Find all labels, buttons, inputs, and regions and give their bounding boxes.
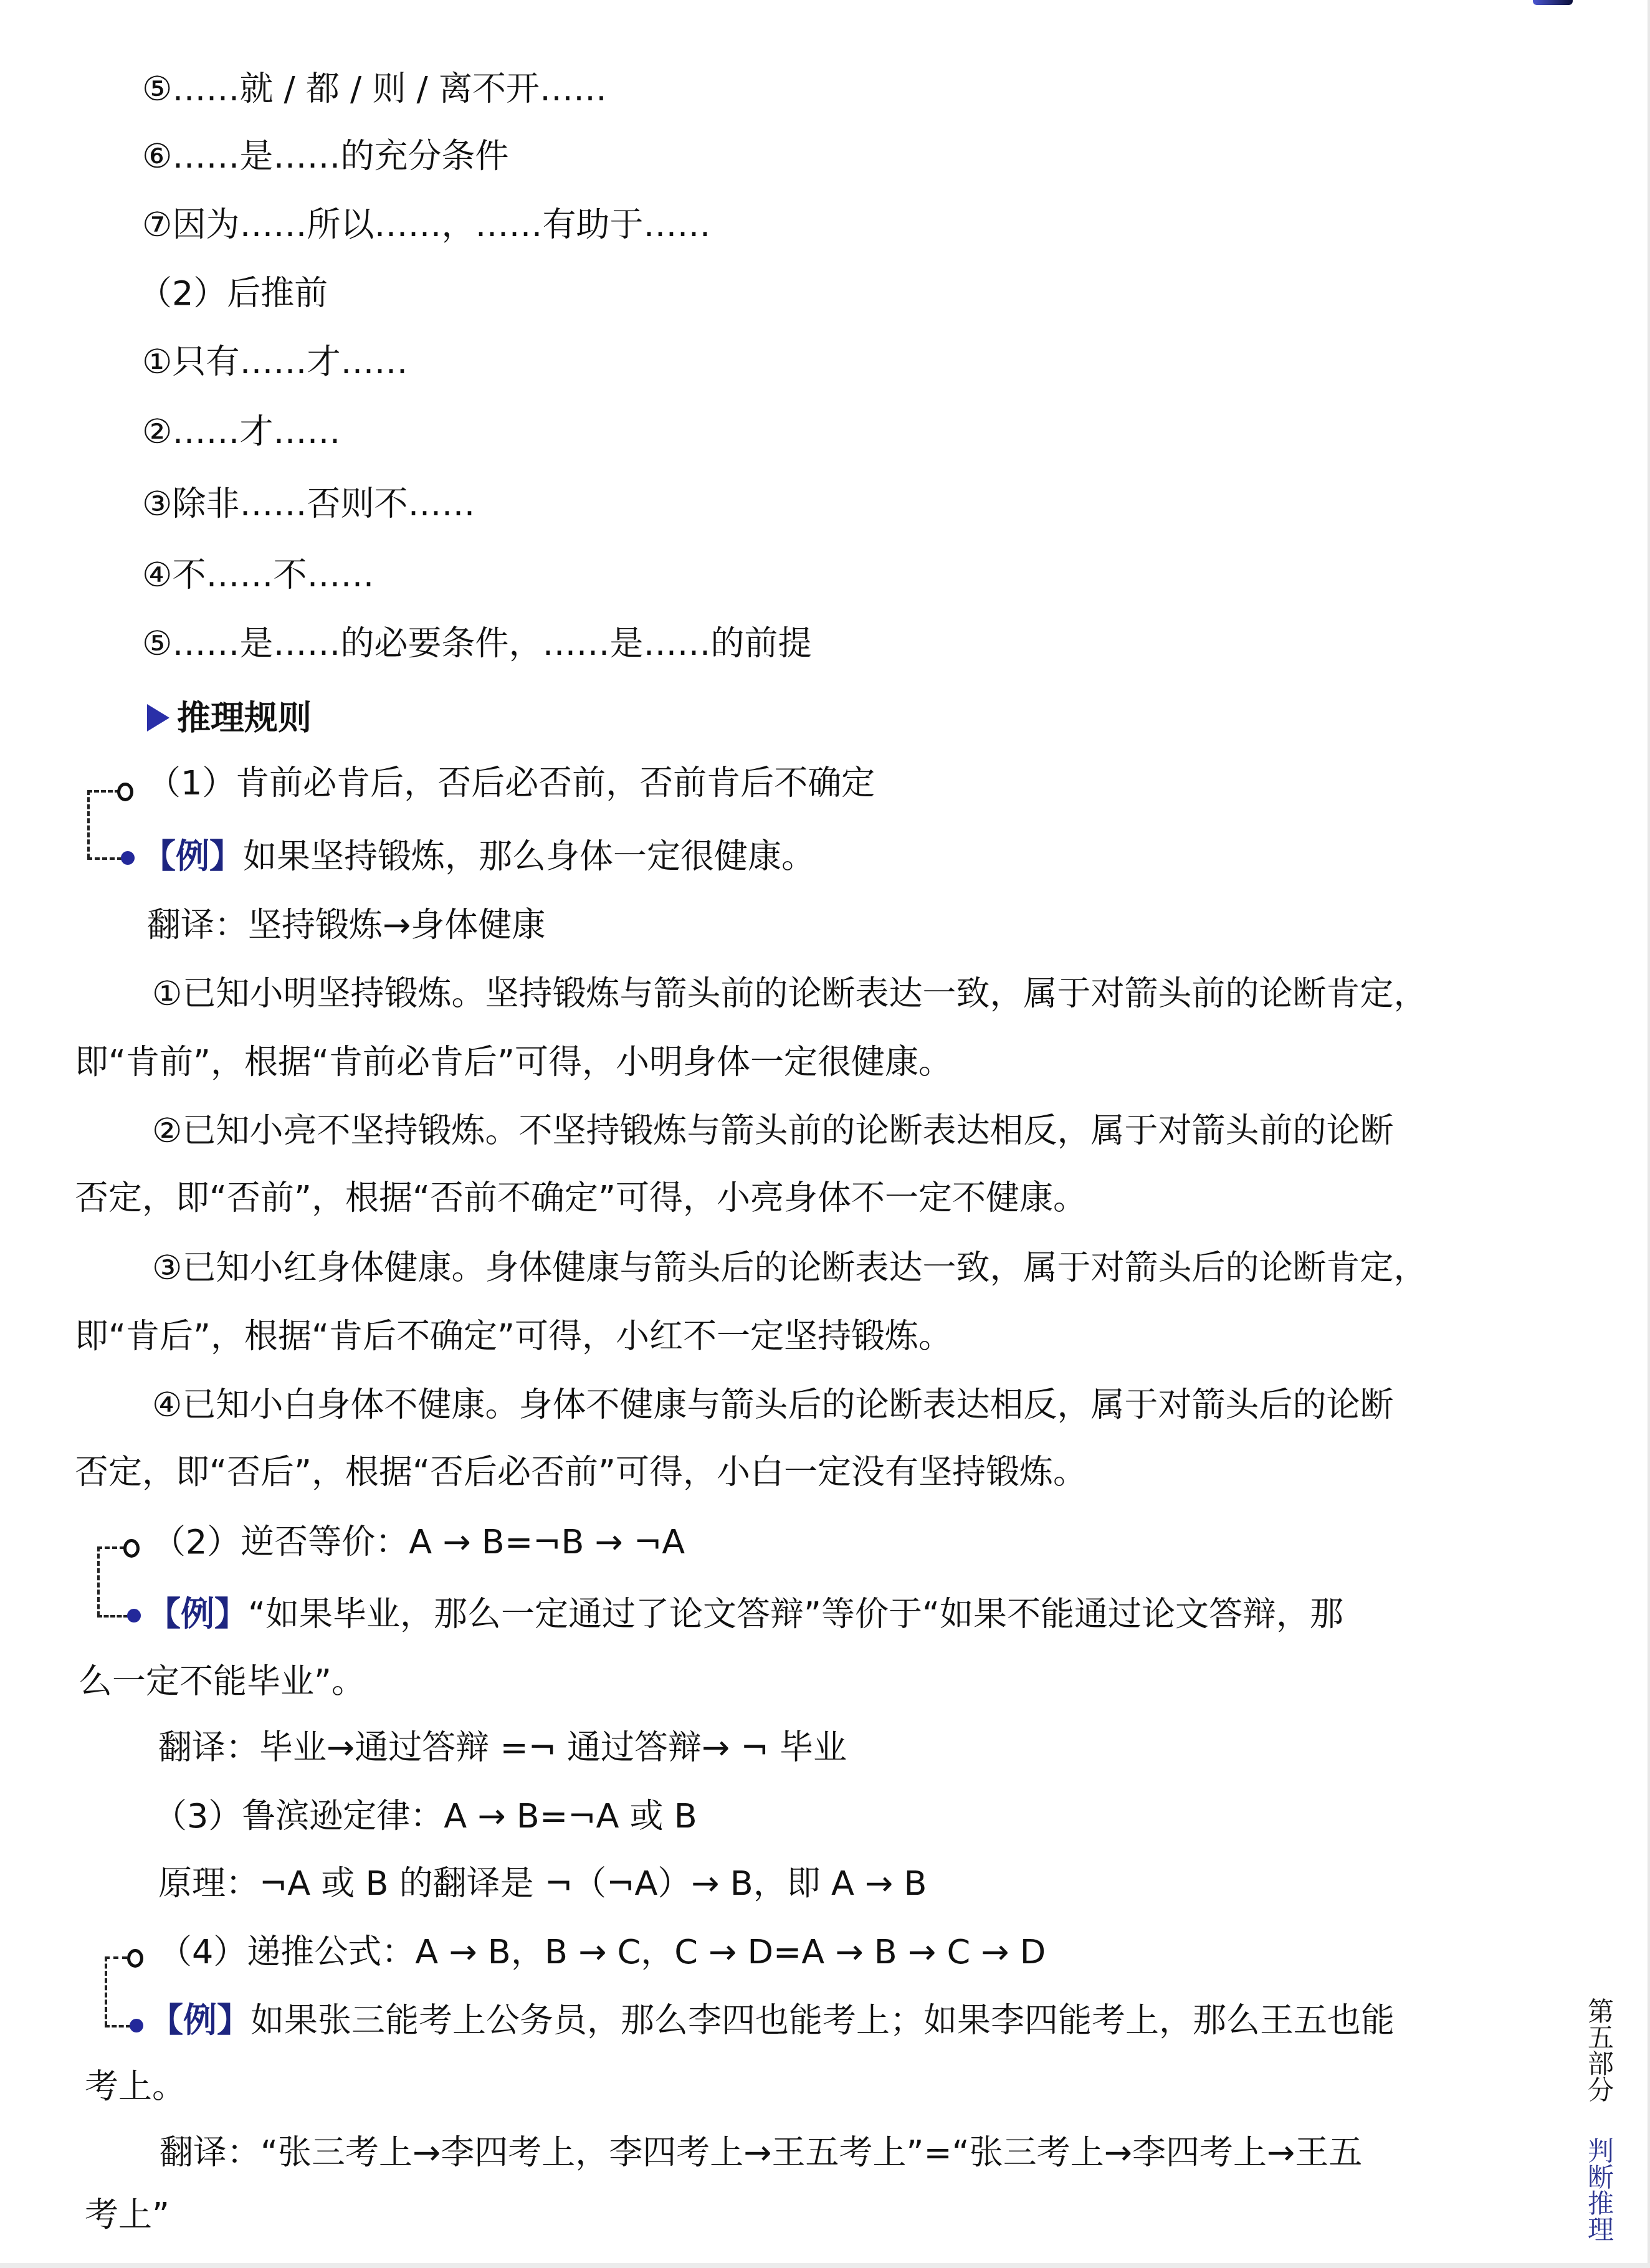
rule2-example-line2: 么一定不能毕业”。 (79, 1660, 365, 1703)
example-tag: 【例】 (142, 837, 243, 876)
connector-bottom-dashed (97, 1615, 128, 1618)
section-heading-inference-rules: 推理规则 (147, 697, 312, 740)
filled-dot-icon (121, 851, 135, 865)
rule4-translation-line1: 翻译：“张三考上→李四考上，李四考上→王五考上”=“张三考上→李四考上→王五 (160, 2131, 1362, 2175)
rule4-example-line2: 考上。 (85, 2065, 186, 2108)
page-right-edge (1648, 0, 1650, 2268)
section-heading-text: 推理规则 (177, 698, 312, 738)
side-tab-part: 第五部分 (1580, 1998, 1618, 2102)
side-tab-part-text: 第五部分 (1584, 1998, 1614, 2102)
rule4-translation-line2: 考上” (85, 2193, 169, 2237)
open-circle-icon (123, 1539, 140, 1558)
back-to-front-item-1: ①只有……才…… (142, 340, 408, 384)
rule1-example: 【例】如果坚持锻炼，那么身体一定很健康。 (142, 835, 815, 879)
rule3-principle: 原理：¬A 或 B 的翻译是 ¬（¬A）→ B，即 A → B (158, 1862, 927, 1905)
rule1-case2-line2: 否定，即“否前”，根据“否前不确定”可得，小亮身体不一定不健康。 (75, 1176, 1087, 1220)
rule1-case3-line2: 即“肯后”，根据“肯后不确定”可得，小红不一定坚持锻炼。 (75, 1315, 952, 1358)
front-to-back-item-5: ⑤……就 / 都 / 则 / 离不开…… (142, 67, 607, 111)
page-corner-tab-decoration (1533, 0, 1573, 5)
rule2-translation: 翻译：毕业→通过答辩 =¬ 通过答辩→ ¬ 毕业 (158, 1726, 847, 1770)
connector-top-dashed (87, 790, 120, 793)
back-to-front-item-5: ⑤……是……的必要条件，……是……的前提 (142, 622, 811, 665)
front-to-back-item-6: ⑥……是……的充分条件 (142, 135, 508, 178)
example-tag: 【例】 (150, 2001, 250, 2040)
filled-dot-icon (127, 1609, 141, 1622)
example-text: 如果坚持锻炼，那么身体一定很健康。 (243, 837, 815, 876)
rule4-example-line1: 【例】如果张三能考上公务员，那么李四也能考上；如果李四能考上，那么王五也能 (150, 1999, 1395, 2042)
back-to-front-item-3: ③除非……否则不…… (142, 482, 475, 526)
rule2-title: （2）逆否等价：A → B=¬B → ¬A (152, 1520, 685, 1564)
triangle-bullet-icon (147, 704, 169, 731)
rule1-case4-line2: 否定，即“否后”，根据“否后必否前”可得，小白一定没有坚持锻炼。 (75, 1451, 1087, 1494)
filled-dot-icon (130, 2019, 143, 2032)
connector-top-dashed (97, 1546, 125, 1549)
rule1-translation: 翻译：坚持锻炼→身体健康 (147, 903, 545, 947)
rule3-title: （3）鲁滨逊定律：A → B=¬A 或 B (153, 1794, 697, 1838)
rule1-case2-line1: ②已知小亮不坚持锻炼。不坚持锻炼与箭头前的论断表达相反，属于对箭头前的论断 (152, 1109, 1393, 1153)
example-text: “如果毕业，那么一定通过了论文答辩”等价于“如果不能通过论文答辩，那 (248, 1594, 1343, 1634)
open-circle-icon (127, 1949, 143, 1968)
connector-bottom-dashed (105, 2025, 131, 2027)
rule1-title: （1）肯前必肯后，否后必否前，否前肯后不确定 (147, 761, 875, 805)
example-text: 如果张三能考上公务员，那么李四也能考上；如果李四能考上，那么王五也能 (250, 2001, 1395, 2040)
side-tab-section-text: 判断推理 (1584, 2137, 1614, 2242)
rule2-example-line1: 【例】“如果毕业，那么一定通过了论文答辩”等价于“如果不能通过论文答辩，那 (147, 1593, 1343, 1636)
rule4-title: （4）递推公式：A → B，B → C，C → D=A → B → C → D (158, 1930, 1046, 1974)
connector-vertical-dashed (87, 790, 90, 859)
page-bottom-edge (0, 2263, 1650, 2268)
front-to-back-item-7: ⑦因为……所以……，……有助于…… (142, 203, 710, 247)
side-tab-section: 判断推理 (1580, 2137, 1618, 2242)
back-to-front-item-2: ②……才…… (142, 410, 340, 454)
connector-top-dashed (105, 1956, 127, 1959)
rule1-case4-line1: ④已知小白身体不健康。身体不健康与箭头后的论断表达相反，属于对箭头后的论断 (152, 1383, 1393, 1427)
open-circle-icon (117, 783, 133, 801)
back-to-front-title: （2）后推前 (138, 272, 328, 315)
rule1-case1-line2: 即“肯前”，根据“肯前必肯后”可得，小明身体一定很健康。 (75, 1041, 952, 1084)
back-to-front-item-4: ④不……不…… (142, 553, 374, 597)
connector-vertical-dashed (97, 1546, 100, 1616)
connector-vertical-dashed (105, 1956, 107, 2026)
example-tag: 【例】 (147, 1594, 248, 1634)
rule1-case3-line1: ③已知小红身体健康。身体健康与箭头后的论断表达一致，属于对箭头后的论断肯定， (152, 1246, 1427, 1290)
rule1-case1-line1: ①已知小明坚持锻炼。坚持锻炼与箭头前的论断表达一致，属于对箭头前的论断肯定， (152, 972, 1427, 1016)
connector-bottom-dashed (87, 857, 122, 860)
